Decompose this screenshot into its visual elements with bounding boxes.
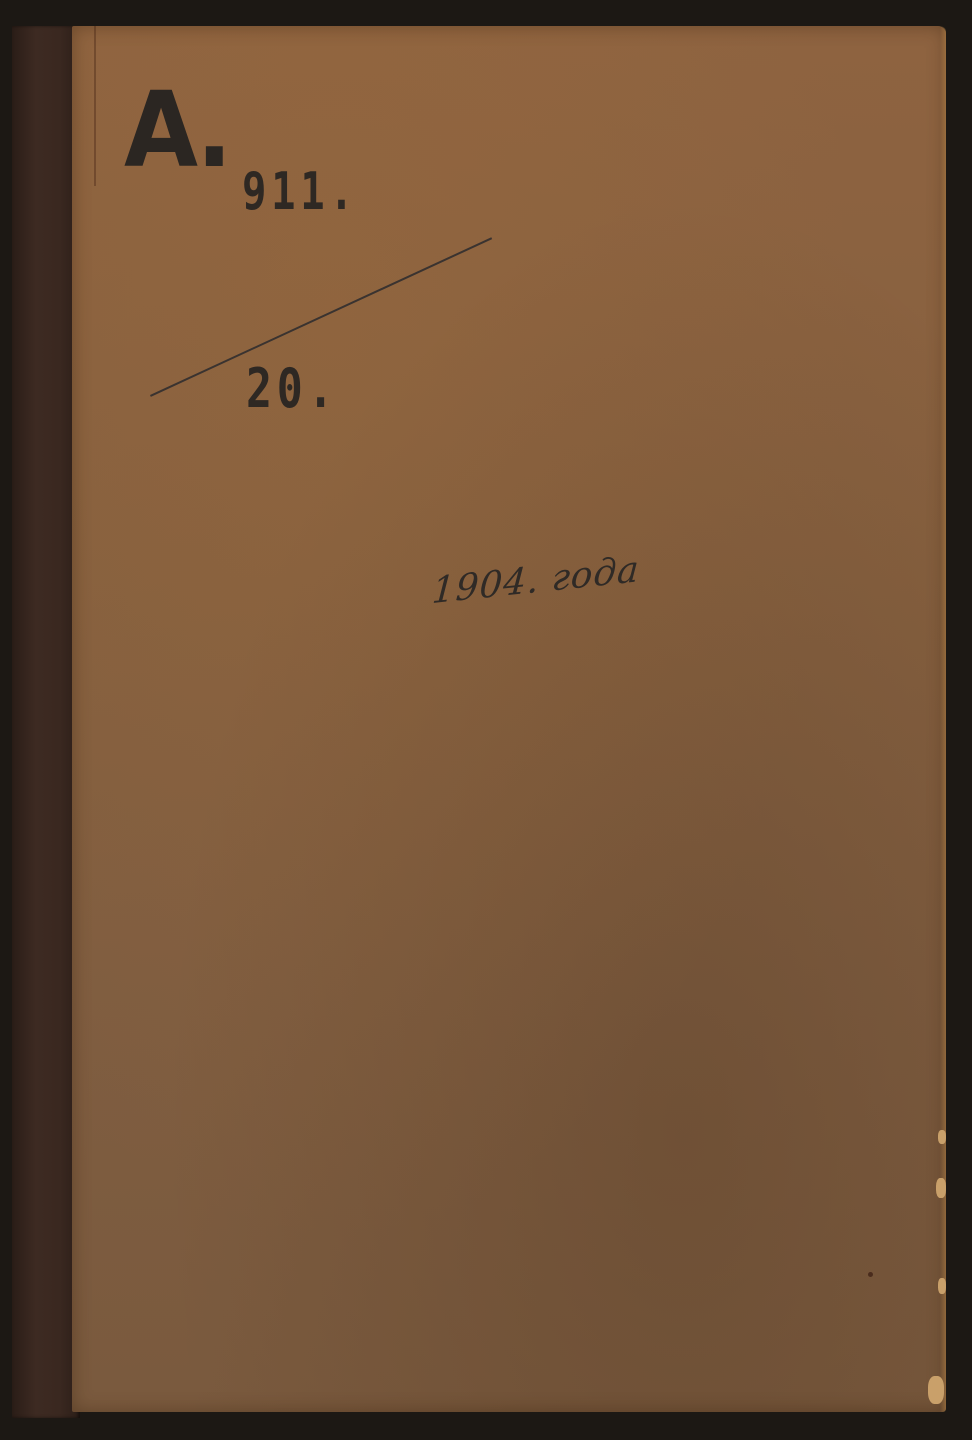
stamp-number-top: 911. bbox=[242, 166, 358, 218]
edge-damage bbox=[938, 1278, 946, 1294]
edge-damage bbox=[928, 1376, 944, 1404]
edge-damage bbox=[938, 1130, 946, 1144]
handwritten-year-note: 1904. года bbox=[431, 552, 641, 610]
document-cover: A. 911. 20. 1904. года bbox=[72, 26, 946, 1412]
book-spine bbox=[12, 26, 80, 1418]
cover-crease bbox=[94, 26, 96, 186]
cover-right-edge bbox=[940, 26, 946, 1412]
edge-damage bbox=[936, 1178, 946, 1198]
ink-speck bbox=[868, 1272, 873, 1277]
stamp-number-bottom: 20. bbox=[246, 362, 338, 416]
stamp-letter: A. bbox=[124, 78, 229, 182]
scanned-document: A. 911. 20. 1904. года bbox=[0, 0, 972, 1440]
